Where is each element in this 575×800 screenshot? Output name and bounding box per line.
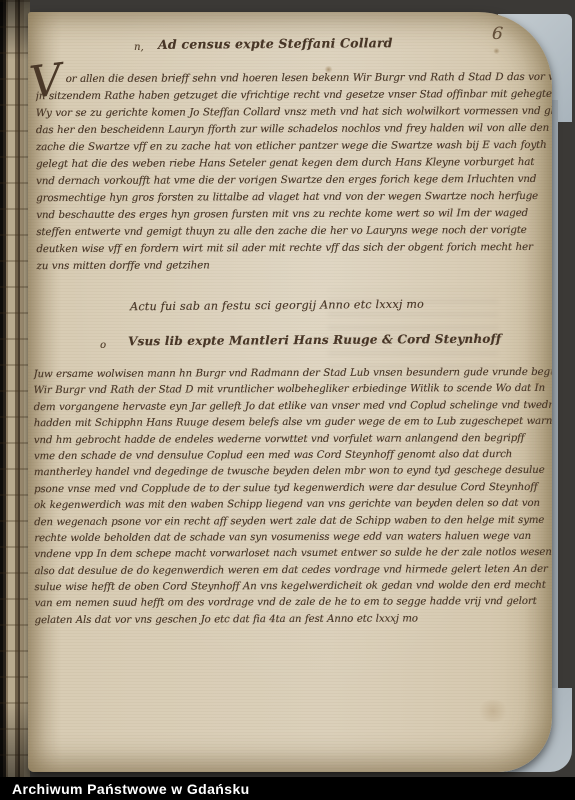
entry2-text: Juw ersame wolwisen mann hn Burgr vnd Ra…: [33, 365, 552, 630]
entry1-heading: Ad census expte Steffani Collard: [158, 35, 393, 52]
watermark-text: Archiwum Państwowe w Gdańsku: [12, 781, 250, 797]
entry2-index-mark: o: [100, 340, 106, 351]
text-line: Wir Burgr vnd Rath der Stad D mit vruntl…: [34, 381, 552, 400]
text-line: gelaten Als dat vor vns geschen Jo etc d…: [35, 611, 553, 630]
folio-number: 6: [491, 24, 503, 45]
ink-stain: [476, 700, 510, 722]
dateline: Actu fui sab an festu sci georgij Anno e…: [130, 298, 424, 314]
book-binding-edge: [0, 0, 30, 777]
watermark-bar: Archiwum Państwowe w Gdańsku: [0, 777, 575, 800]
entry1-index-mark: n,: [134, 42, 144, 53]
text-line: deutken wise vff en fordern wirt mit sil…: [36, 239, 552, 258]
text-line: van em nemen suud hefft om des vordrage …: [34, 594, 552, 613]
text-line: ok kegenwerdich was mit den waben Schipp…: [34, 496, 552, 515]
text-line: vndene vpp In dem schepe macht vorwarlos…: [34, 545, 552, 564]
entry2-heading: Vsus lib expte Mantleri Hans Ruuge & Cor…: [128, 332, 501, 349]
text-line: hadden mit Schipphn Hans Ruuge desem bel…: [34, 414, 552, 433]
ink-stain: [493, 48, 500, 54]
text-line: mantherley handel vnd degedinge de twusc…: [34, 463, 552, 482]
entry1-text: or allen die desen brieff sehn vnd hoere…: [36, 69, 553, 275]
text-line: zu vns mitten dorffe vnd getzihen: [36, 256, 552, 275]
